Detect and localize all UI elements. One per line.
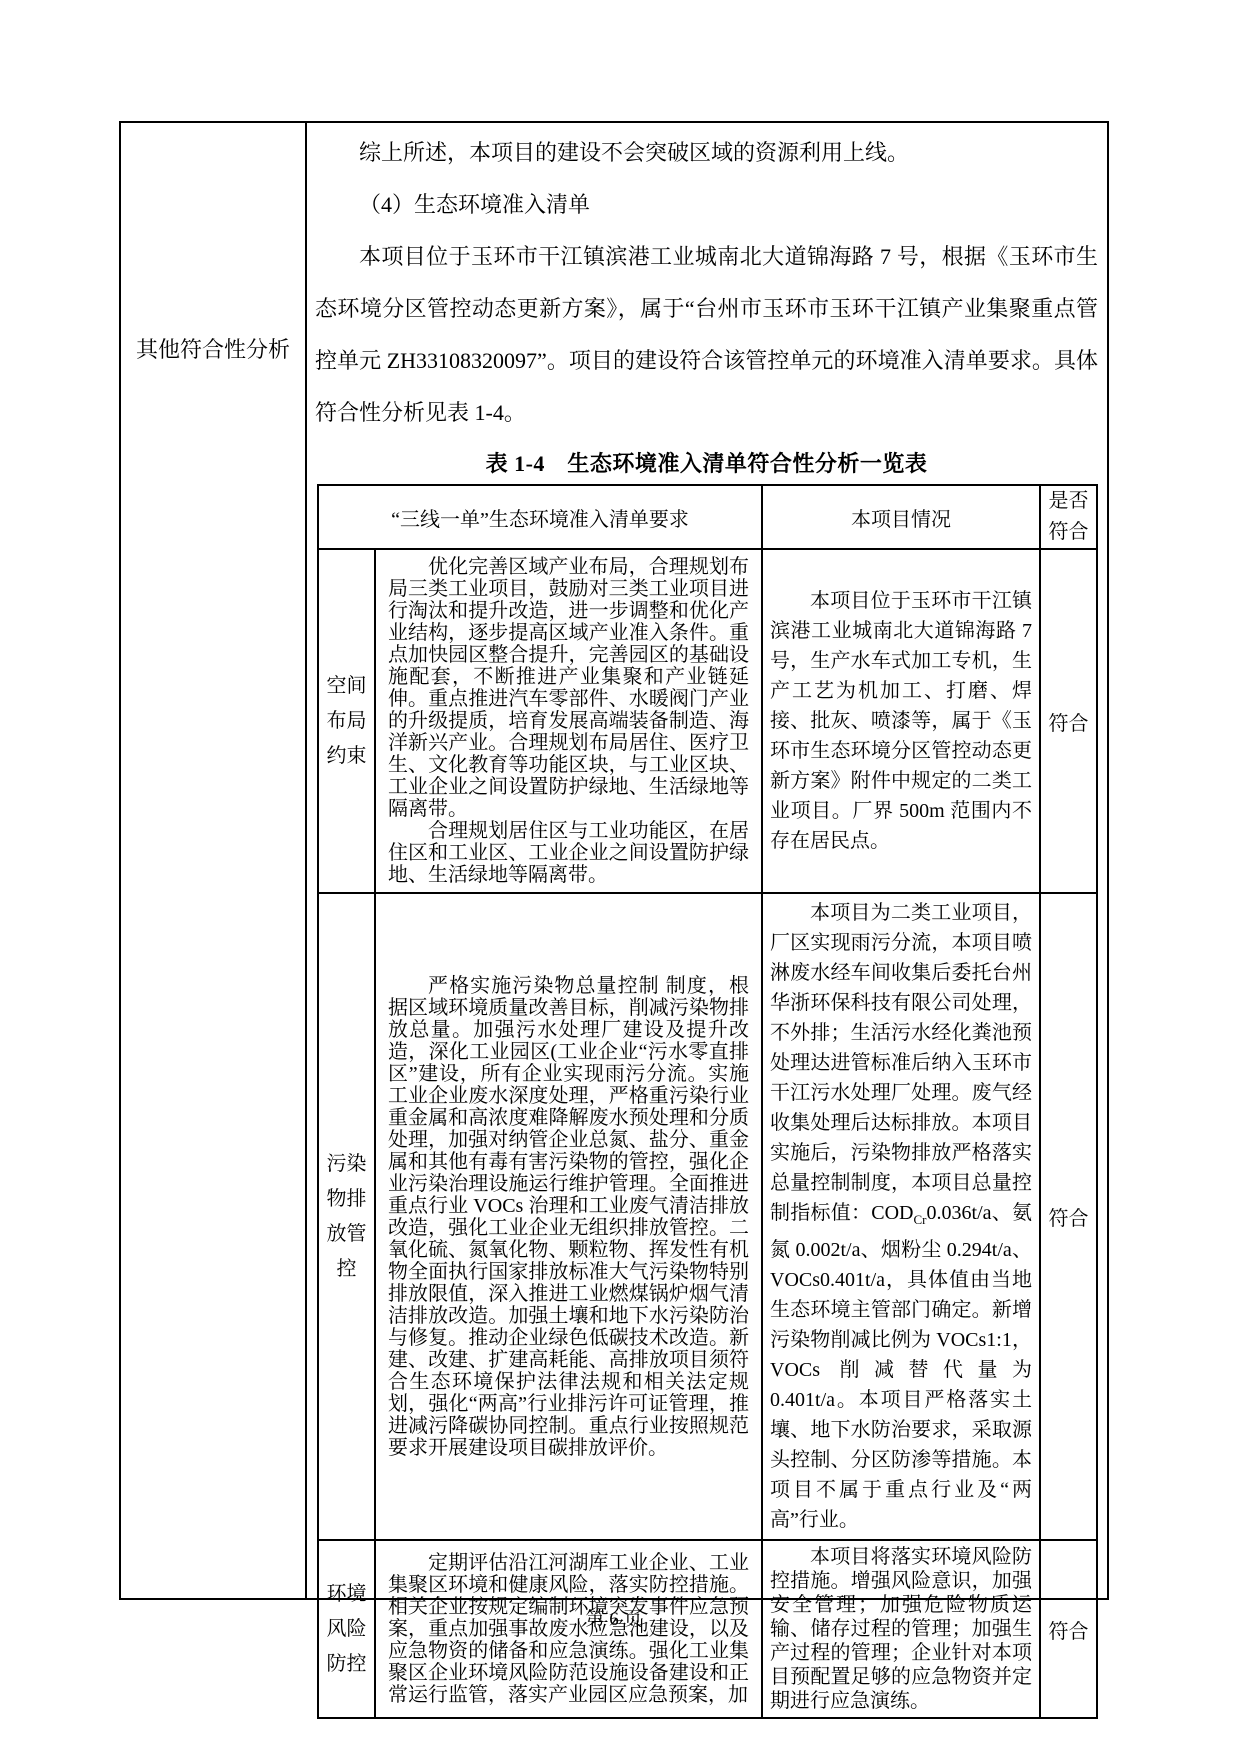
table-row: 空间布局约束 优化完善区域产业布局，合理规划布局三类工业项目，鼓励对三类工业项目…	[318, 549, 1097, 893]
requirement-cell: 优化完善区域产业布局，合理规划布局三类工业项目，鼓励对三类工业项目进行淘汰和提升…	[375, 549, 762, 893]
project-cell: 本项目为二类工业项目，厂区实现雨污分流，本项目喷淋废水经车间收集后委托台州华浙环…	[762, 893, 1040, 1540]
compliance-table: “三线一单”生态环境准入清单要求 本项目情况 是否符合 空间布局约束 优化完善区…	[317, 484, 1098, 1719]
category-cell: 空间布局约束	[318, 549, 375, 893]
summary-paragraph: 综上所述，本项目的建设不会突破区域的资源利用上线。	[315, 127, 1098, 179]
header-compliance: 是否符合	[1040, 485, 1097, 549]
sidebar-cell: 其他符合性分析	[121, 123, 307, 1598]
sidebar-label: 其他符合性分析	[121, 333, 305, 364]
page-number: 第 6 页	[119, 1604, 1109, 1631]
table-title: 表 1-4 生态环境准入清单符合性分析一览表	[315, 447, 1098, 478]
table-row: 污染物排放管控 严格实施污染物总量控制 制度，根据区域环境质量改善目标，削减污染…	[318, 893, 1097, 1540]
intro-paragraph: 本项目位于玉环市干江镇滨港工业城南北大道锦海路 7 号，根据《玉环市生态环境分区…	[315, 231, 1098, 439]
compliance-cell: 符合	[1040, 893, 1097, 1540]
section-heading: （4）生态环境准入清单	[315, 179, 1098, 231]
outer-table: 其他符合性分析 综上所述，本项目的建设不会突破区域的资源利用上线。 （4）生态环…	[119, 121, 1109, 1600]
project-cell: 本项目位于玉环市干江镇滨港工业城南北大道锦海路 7 号，生产水车式加工专机，生产…	[762, 549, 1040, 893]
requirement-cell: 严格实施污染物总量控制 制度，根据区域环境质量改善目标，削减污染物排放总量。加强…	[375, 893, 762, 1540]
document-page: 其他符合性分析 综上所述，本项目的建设不会突破区域的资源利用上线。 （4）生态环…	[0, 0, 1240, 1754]
compliance-cell: 符合	[1040, 549, 1097, 893]
category-cell: 污染物排放管控	[318, 893, 375, 1540]
content-cell: 综上所述，本项目的建设不会突破区域的资源利用上线。 （4）生态环境准入清单 本项…	[307, 123, 1110, 1598]
table-header-row: “三线一单”生态环境准入清单要求 本项目情况 是否符合	[318, 485, 1097, 549]
header-requirement: “三线一单”生态环境准入清单要求	[318, 485, 762, 549]
header-project: 本项目情况	[762, 485, 1040, 549]
